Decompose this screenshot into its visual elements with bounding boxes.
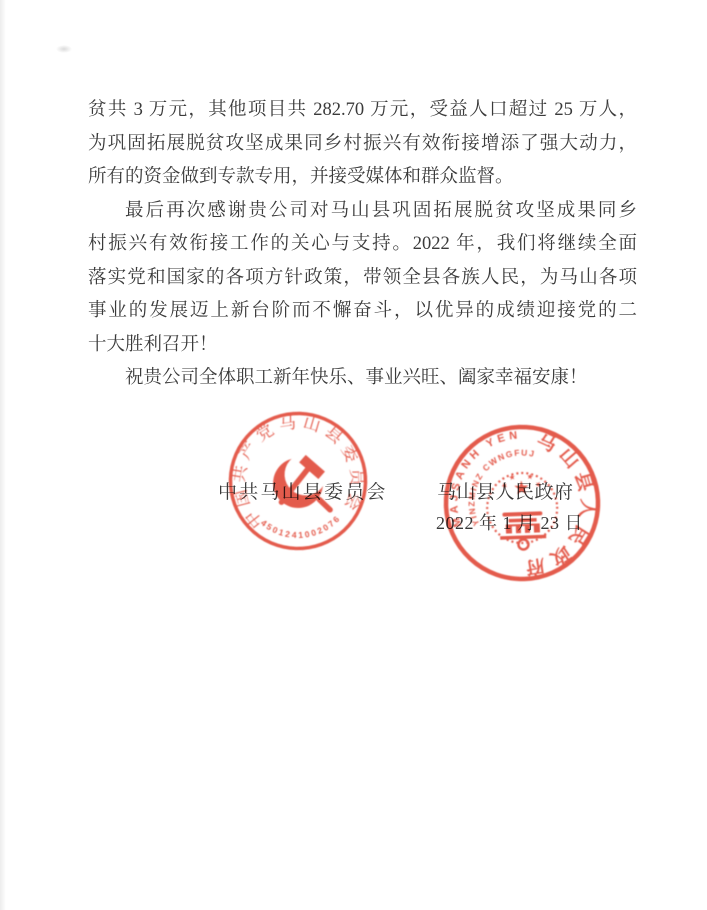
scanned-letter-page: 贫共 3 万元，其他项目共 282.70 万元，受益人口超过 25 万人， 为巩… — [0, 0, 707, 910]
text-line: 贫共 3 万元，其他项目共 282.70 万元，受益人口超过 25 万人， — [88, 94, 637, 128]
hammer-sickle-icon — [271, 452, 330, 514]
text-line: 事业的发展迈上新台阶而不懈奋斗，以优异的成绩迎接党的二 — [88, 295, 637, 329]
text-line: 所有的资金做到专款专用，并接受媒体和群众监督。 — [88, 161, 637, 195]
scan-smudge — [56, 45, 72, 53]
scan-edge-shade — [0, 0, 6, 910]
party-seal-icon: 中国共产党马山县委员会 4501241002076 — [221, 404, 375, 558]
body-text: 贫共 3 万元，其他项目共 282.70 万元，受益人口超过 25 万人， 为巩… — [88, 94, 637, 396]
national-emblem-icon — [486, 472, 559, 551]
text-line: 祝贵公司全体职工新年快乐、事业兴旺、阖家幸福安康！ — [88, 362, 637, 396]
text-line: 为巩固拓展脱贫攻坚成果同乡村振兴有效衔接增添了强大动力， — [88, 128, 637, 162]
text-line: 最后再次感谢贵公司对马山县巩固拓展脱贫攻坚成果同乡 — [88, 195, 637, 229]
text-line: 十大胜利召开！ — [88, 329, 637, 363]
text-line: 村振兴有效衔接工作的关心与支持。2022 年，我们将继续全面 — [88, 228, 637, 262]
government-seal-icon: 马山县人民政府 MAJSANH YEN YINZMINZ CWNGFUJ — [438, 419, 606, 587]
text-line: 落实党和国家的各项方针政策，带领全县各族人民，为马山各项 — [88, 262, 637, 296]
